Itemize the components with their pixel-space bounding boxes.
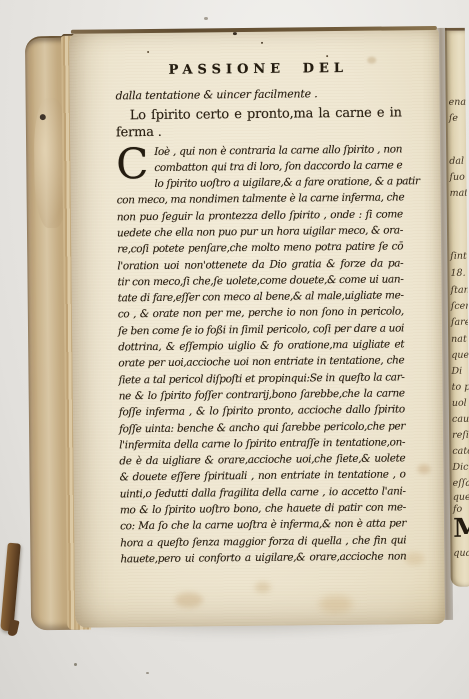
next-leaf-text-fragment: to p [452, 382, 469, 393]
next-leaf-text-fragment: M [453, 514, 469, 544]
leather-tie-tip [7, 619, 19, 637]
ink-speck [233, 32, 237, 35]
book-page: PASSIONE DEL dalla tentatione & uincer f… [69, 28, 445, 628]
book: enaſedalſuomatſint18.ſtanſcenſarenatqueD… [21, 24, 469, 631]
drop-cap-initial: C [116, 148, 148, 181]
continuation-line: dalla tentatione & uincer facilmente . [116, 86, 402, 105]
body-paragraph: C Ioè , qui non è contraria la carne all… [116, 143, 406, 570]
ink-speck [147, 51, 149, 53]
backdrop-speck [74, 663, 77, 666]
next-leaf-text-fragment: mat [450, 188, 469, 199]
foxing-stain [417, 464, 430, 474]
next-leaf-text-fragment: ſint [450, 251, 467, 262]
next-leaf-text-fragment: nat [451, 334, 467, 345]
body-lines: Ioè , qui non è contraria la carne allo … [116, 143, 406, 570]
next-leaf-text-fragment: Dic [452, 462, 468, 473]
leather-tie [0, 543, 21, 632]
backdrop-speck [204, 17, 208, 20]
ink-speck [261, 42, 263, 44]
foxing-stain [319, 595, 353, 613]
body-text-line: hauete,pero ui conforto a uigilare,& ora… [120, 550, 406, 569]
next-leaf-text-fragment: 18. [450, 268, 465, 279]
next-leaf-text-fragment: cau [452, 414, 469, 425]
next-leaf-text-fragment: ſare [451, 317, 469, 328]
page-top-edge [71, 26, 437, 34]
backdrop-speck [146, 672, 149, 674]
next-leaf-text-fragment: reſi [452, 430, 469, 441]
next-leaf-text-fragment: ena [449, 97, 467, 108]
ink-speck [326, 55, 328, 57]
next-leaf-text-fragment: eſſa [453, 478, 469, 489]
next-leaf-text-fragment: dal [449, 156, 464, 167]
next-leaf-text-fragment: Di [451, 366, 462, 377]
running-head: PASSIONE DEL [115, 60, 401, 85]
next-leaf-text-fragment: ſe [449, 113, 458, 124]
next-leaf-text-fragment: ſcen [451, 301, 469, 312]
next-leaf-text-fragment: cato [452, 446, 469, 457]
next-leaf-text-fragment: qua [453, 548, 469, 559]
wormhole [40, 114, 46, 120]
foxing-stain [175, 592, 203, 607]
foxing-stain [255, 582, 271, 593]
chapter-intro-line: ferma . [116, 122, 402, 142]
next-leaf-text-fragment: ſuo [449, 172, 464, 183]
next-leaf-text-fragment: que [451, 350, 469, 361]
text-block: PASSIONE DEL dalla tentatione & uincer f… [115, 60, 406, 569]
next-leaf-text-fragment: ſtan [451, 285, 469, 296]
next-leaf-text-fragment: uol [452, 398, 467, 409]
foxing-stain [404, 552, 424, 565]
next-leaf-text-fragment: quel [453, 492, 469, 503]
